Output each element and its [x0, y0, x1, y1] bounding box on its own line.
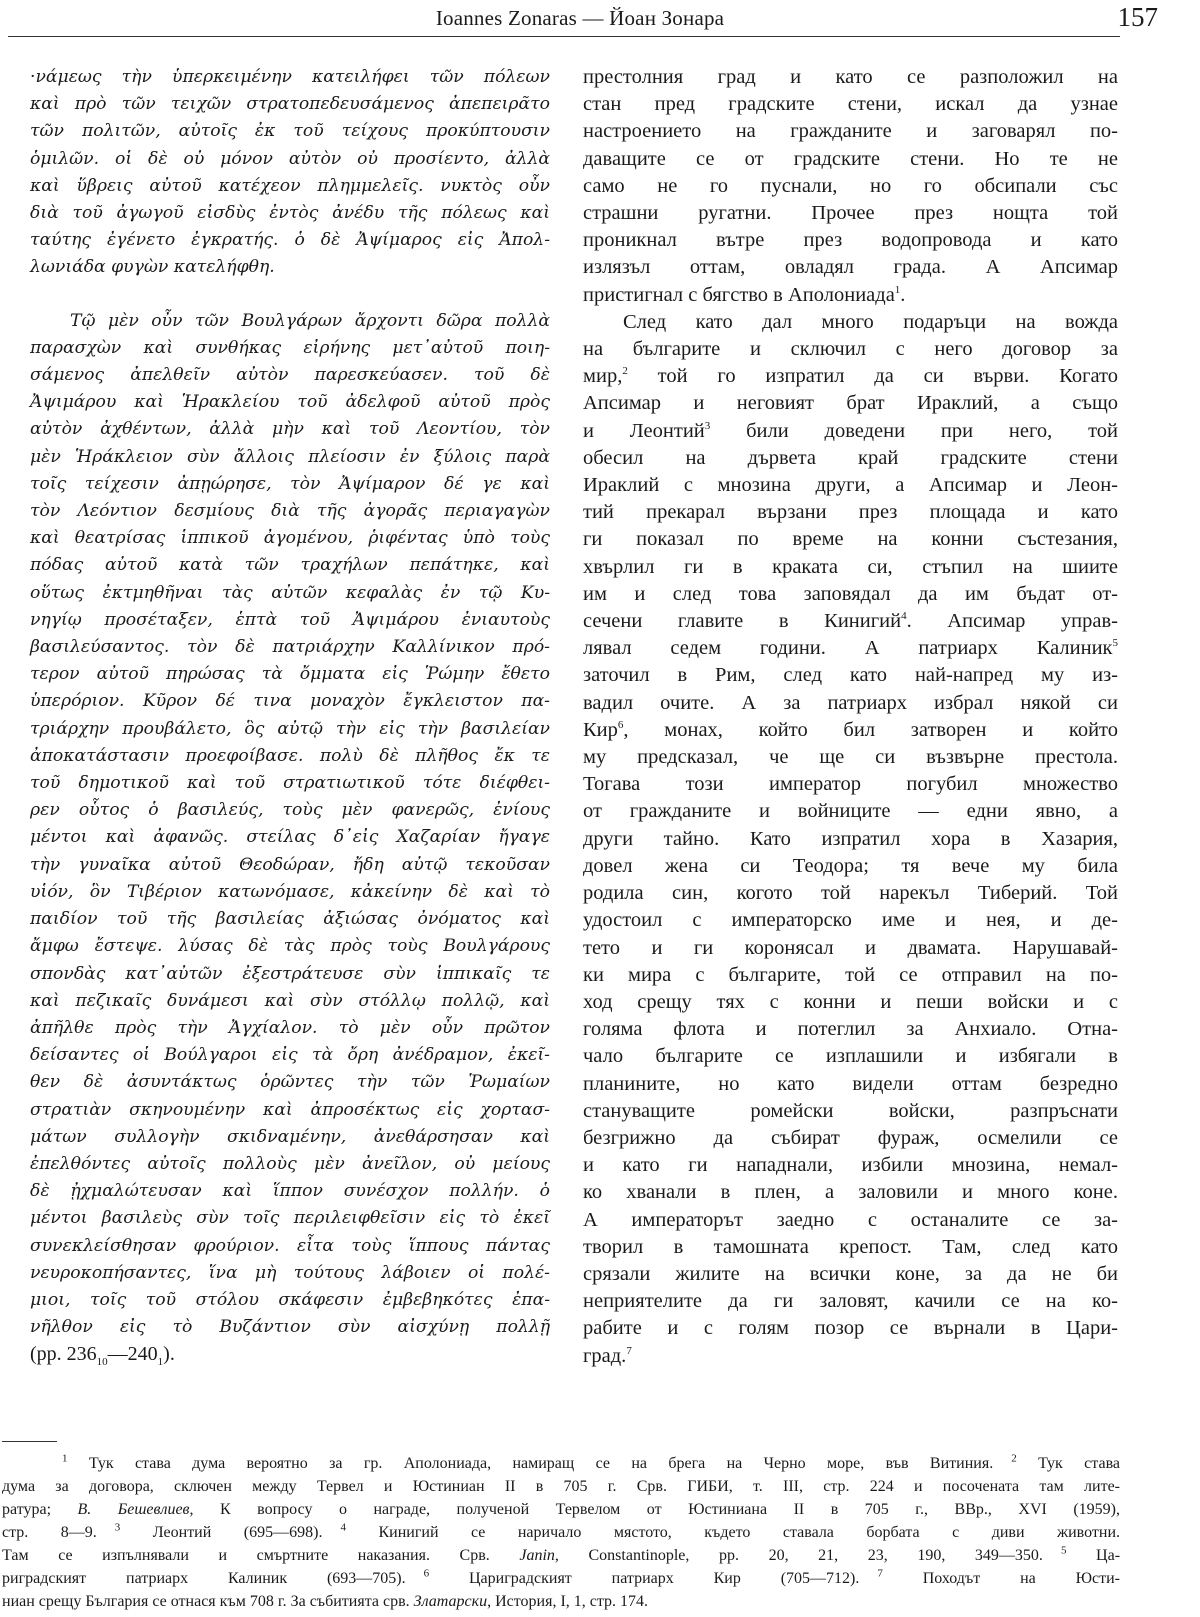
text-line: ρεν οὗτος ὁ βασιλεύς, τοὺς μὲν φανερῶς, …: [30, 797, 550, 824]
text-line: ὑπερόριον. Κῦρον δέ τινα μοναχὸν ἔγκλεισ…: [30, 688, 550, 715]
text-line: ἀπῆλθε πρὸς τὴν Ἀγχίαλον. τὸ μὲν οὖν πρῶ…: [30, 1015, 550, 1042]
text-line: λωνιάδα φυγὼν κατελήφθη.: [30, 254, 550, 281]
text-line: само не го пуснали, но го обсипали със: [583, 173, 1118, 200]
text-line: излязъл оттам, овладял града. А Апсимар: [583, 254, 1118, 281]
text-line: и Леонтий3 били доведени при него, той: [583, 418, 1118, 445]
text-line: τὴν γυναῖκα αὐτοῦ Θεοδώραν, ἤδη αὐτῷ τεκ…: [30, 852, 550, 879]
text-line: сечени главите в Кинигий4. Апсимар управ…: [583, 608, 1118, 635]
text-line: νῆλθον εἰς τὸ Βυζάντιον σὺν αἰσχύνῃ πολλ…: [30, 1314, 550, 1341]
footnote-line: дума за договора, сключен между Тервел и…: [2, 1475, 1120, 1498]
greek-paragraph-1: ·νάμεως τὴν ὑπερκειμένην κατειλήφει τῶν …: [30, 64, 550, 282]
text-line: настроението на гражданите и заговарял п…: [583, 118, 1118, 145]
text-line: ·νάμεως τὴν ὑπερκειμένην κατειλήφει τῶν …: [30, 64, 550, 91]
text-line: тий прекарал вързани през площада и като: [583, 499, 1118, 526]
text-line: голяма флота и потеглил за Анхиало. Отна…: [583, 1016, 1118, 1043]
text-line: τὸν Λεόντιον δεσμίους διὰ τῆς ἀγορᾶς περ…: [30, 498, 550, 525]
footnote-number-6: 6: [424, 1568, 430, 1580]
text-line: чало българите се изплашили и избягали в: [583, 1043, 1118, 1070]
text-line: стан пред градските стени, искал да узна…: [583, 91, 1118, 118]
footnote-line: Там се изпълнявали и смъртните наказания…: [2, 1544, 1120, 1567]
text-line: διὰ τοῦ ἀγωγοῦ εἰσδὺς ἐντὸς ἀνέδυ τῆς πό…: [30, 200, 550, 227]
greek-paragraph-2: Τῷ μὲν οὖν τῶν Βουλγάρων ἄρχοντι δῶρα πο…: [30, 308, 550, 1369]
footnote-number-1: 1: [62, 1453, 68, 1465]
text-line: заточил в Рим, след като най-напред му и…: [583, 662, 1118, 689]
text-line: на българите и сключил с него договор за: [583, 336, 1118, 363]
text-line: ὁμιλῶν. οἱ δὲ οὐ μόνον αὐτὸν οὐ προσίεντ…: [30, 146, 550, 173]
text-line: След като дал много подаръци на вожда: [583, 309, 1118, 336]
text-line: му предсказал, че ще си възвърне престол…: [583, 744, 1118, 771]
text-line: вадил очите. А за патриарх избрал някой …: [583, 690, 1118, 717]
text-line: даващите се от градските стени. Но те не: [583, 146, 1118, 173]
text-line: καὶ πεζικαῖς δυνάμεσι καὶ σὺν στόλλῳ πολ…: [30, 988, 550, 1015]
text-line: παρασχὼν καὶ συνθήκας εἰρήνης μετ᾽αὐτοῦ …: [30, 335, 550, 362]
footnotes: 1 Тук става дума вероятно за гр. Аполони…: [2, 1452, 1120, 1613]
footnote-line: риградският патриарх Калиник (693—705).6…: [2, 1567, 1120, 1590]
text-line: υἱόν, ὃν Τιβέριον κατωνόμασε, κἀκείνην δ…: [30, 879, 550, 906]
text-line: и като ги нападнали, избили мнозина, нем…: [583, 1152, 1118, 1179]
footnote-ref-7[interactable]: 7: [626, 1345, 632, 1357]
text-line: ἀποκατάστασιν προεφοίβασε. πολὺ δὲ πλῆθο…: [30, 743, 550, 770]
text-line: пристигнал с бягство в Аполониада1.: [583, 282, 1118, 309]
text-line: μιοι, τοῖς τοῦ στόλου σκάφεσιν ἐμβεβηκότ…: [30, 1287, 550, 1314]
text-line: стануващите ромейски войски, разпръснати: [583, 1098, 1118, 1125]
text-line: ταύτης ἐγένετο ἐγκρατής. ὁ δὲ Ἀψίμαρος ε…: [30, 227, 550, 254]
text-line: τριάρχην προυβάλετο, ὃς αὐτῷ τὴν εἰς τὴν…: [30, 716, 550, 743]
text-line: Тогава този император погубил множество: [583, 771, 1118, 798]
text-line: планините, но като видели оттам безредно: [583, 1071, 1118, 1098]
footnote-1: Тук става дума вероятно за гр. Аполониад…: [89, 1455, 993, 1472]
text-line: συνεκλείσθησαν φρούριον. εἶτα τοὺς ἵππου…: [30, 1233, 550, 1260]
text-line: σπονδὰς κατ᾽αὐτῶν ἐξεστράτευσε σὺν ἱππικ…: [30, 961, 550, 988]
text-line: творил в тамошната крепост. Там, след ка…: [583, 1234, 1118, 1261]
footnote-number-7: 7: [877, 1568, 883, 1580]
footnote-line: 1 Тук става дума вероятно за гр. Аполони…: [2, 1452, 1120, 1475]
running-title: Ioannes Zonaras — Йоан Зонара: [0, 6, 1160, 31]
text-line: тето и ги коронясал и двамата. Нарушавай…: [583, 935, 1118, 962]
text-line: παιδίον τοῦ τῆς βασιλείας ἀξιώσας ὀνόματ…: [30, 906, 550, 933]
text-line: родила син, когото той нарекъл Тиберий. …: [583, 880, 1118, 907]
text-line: от гражданите и войниците — едни явно, а: [583, 798, 1118, 825]
text-line: Кир6, монах, който бил затворен и който: [583, 717, 1118, 744]
text-line: δὲ ᾐχμαλώτευσαν καὶ ἵππον συνέσχον πολλή…: [30, 1178, 550, 1205]
text-line: мир,2 той го изпратил да си върви. Когат…: [583, 363, 1118, 390]
footnote-number-4: 4: [340, 1522, 346, 1534]
text-line: проникнал вътре през водопровода и като: [583, 227, 1118, 254]
header-rule: [8, 36, 1120, 37]
text-line: рабите и с голям позор се върнали в Цари…: [583, 1315, 1118, 1342]
text-line: А императорът заедно с останалите се за-: [583, 1207, 1118, 1234]
text-line: νευροκοπήσαντες, ἵνα μὴ τούτους λάβοιεν …: [30, 1260, 550, 1287]
footnote-5: риградският патриарх Калиник (693—705).: [2, 1570, 406, 1587]
text-line: удостоил с императорско име и нея, и де-: [583, 907, 1118, 934]
text-line: βασιλεύσαντος. τὸν δὲ πατριάρχην Καλλίνι…: [30, 634, 550, 661]
text-line: καὶ ὕβρεις αὐτοῦ κατέχεον πλημμελεῖς. νυ…: [30, 173, 550, 200]
text-line: ко хванали в плен, а заловили и много ко…: [583, 1179, 1118, 1206]
footnote-3: Леонтий (695—698).: [153, 1524, 323, 1541]
text-line: Апсимар и неговият брат Ираклий, а също: [583, 390, 1118, 417]
page-header: Ioannes Zonaras — Йоан Зонара 157: [0, 0, 1200, 44]
text-line: ἐπελθόντες αὐτοῖς πολλοὺς μὲν ἀνεῖλον, ο…: [30, 1151, 550, 1178]
text-line: μὲν Ἡράκλειον σὺν ἄλλοις πλείοσιν ἐν ξύλ…: [30, 444, 550, 471]
text-line: μέντοι καὶ ἀφανῶς. στείλας δ᾽εἰς Χαζαρία…: [30, 824, 550, 851]
text-line: τοῦ δημοτικοῦ καὶ τοῦ στρατιωτικοῦ τότε …: [30, 770, 550, 797]
text-line: οὕτως ἐκτμηθῆναι τὰς αὐτῶν κεφαλὰς ἐν τῷ…: [30, 580, 550, 607]
page-number: 157: [1118, 2, 1159, 33]
text-line: обесил на дървета край градските стени: [583, 445, 1118, 472]
text-line: μάτων συλλογὴν σκιδναμένην, ἀνεθάρσησαν …: [30, 1124, 550, 1151]
text-line: ки мира с българите, той се отправил на …: [583, 962, 1118, 989]
text-line: безгрижно да събират фураж, осмелили се: [583, 1125, 1118, 1152]
text-line: други тайно. Като изпратил хора в Хазари…: [583, 826, 1118, 853]
footnote-rule: [2, 1441, 57, 1442]
text-line: ἄμφω ἔστεψε. λύσας δὲ τὰς πρὸς τοὺς Βουλ…: [30, 933, 550, 960]
text-line: σάμενος ἀπελθεῖν αὐτὸν παρεσκεύασεν. τοῦ…: [30, 362, 550, 389]
text-line: страшни ругатни. Прочее през нощта той: [583, 200, 1118, 227]
text-line: престолния град и като се разположил на: [583, 64, 1118, 91]
text-line: ги показал по време на конни състезания,: [583, 526, 1118, 553]
text-line: μέντοι βασιλεὺς σὺν τοῖς περιλειφθεῖσιν …: [30, 1205, 550, 1232]
text-line: град.7: [583, 1343, 1118, 1370]
footnote-4: Кинигий се наричало мястото, където став…: [378, 1524, 1120, 1541]
footnote-7: ниан срещу България се отнася към 708 г.…: [2, 1593, 414, 1610]
footnote-line: стр. 8—9.3 Леонтий (695—698).4 Кинигий с…: [2, 1521, 1120, 1544]
text-line: Τῷ μὲν οὖν τῶν Βουλγάρων ἄρχοντι δῶρα πο…: [30, 308, 550, 335]
bulgarian-paragraph-1: престолния град и като се разположил на …: [583, 64, 1118, 309]
cited-author: Janin: [519, 1547, 555, 1564]
text-line: ход срещу тях с конни и пеши войски и с: [583, 989, 1118, 1016]
text-line: неприятелите да ги заловят, качили се на…: [583, 1288, 1118, 1315]
footnote-6: Цариградският патриарх Кир (705—712).: [469, 1570, 859, 1587]
source-reference: (pp. 23610—2401).: [30, 1341, 550, 1368]
text-line: θεν δὲ ἀσυντάκτως ὁρῶντες τὴν τῶν Ῥωμαίω…: [30, 1069, 550, 1096]
text-line: срязали жилите на всички коне, за да не …: [583, 1261, 1118, 1288]
text-line: им и след това заповядал да им бъдат от-: [583, 581, 1118, 608]
text-line: νηγίῳ προσέταξεν, ἑπτὰ τοῦ Ἀψιμάρου ἐνια…: [30, 607, 550, 634]
text-line: Ἀψιμάρου καὶ Ἡρακλείου τοῦ ἀδελφοῦ αὐτοῦ…: [30, 389, 550, 416]
text-line: τοῖς τείχεσιν ἀπῃώρησε, τὸν Ἀψίμαρον δέ …: [30, 471, 550, 498]
text-line: довел жена си Теодора; тя вече му била: [583, 853, 1118, 880]
text-line: τῶν πολιτῶν, αὐτοῖς ἐκ τοῦ τείχους προκύ…: [30, 118, 550, 145]
text-line: καὶ θεατρίσας ἱππικοῦ ἀγομένου, ῥιφέντας…: [30, 525, 550, 552]
greek-column: ·νάμεως τὴν ὑπερκειμένην κατειλήφει τῶν …: [30, 64, 550, 1369]
bulgarian-column: престолния град и като се разположил на …: [583, 64, 1118, 1370]
text-line: Ираклий с мнозина други, а Апсимар и Лео…: [583, 472, 1118, 499]
footnote-ref-5[interactable]: 5: [1113, 637, 1119, 649]
text-line: τερον αὐτοῦ πηρώσας τὰ ὄμματα εἰς Ῥώμην …: [30, 661, 550, 688]
cited-author: В. Бешевлиев: [78, 1501, 190, 1518]
text-line: καὶ πρὸ τῶν τειχῶν στρατοπεδευσάμενος ἀπ…: [30, 91, 550, 118]
cited-author: Златарски: [414, 1593, 487, 1610]
text-line: хвърлил ги в краката си, стъпил на шиите: [583, 554, 1118, 581]
bulgarian-paragraph-2: След като дал много подаръци на вожда на…: [583, 309, 1118, 1370]
footnote-line: ратура; В. Бешевлиев, К вопросу о наград…: [2, 1498, 1120, 1521]
text-line: πόδας αὐτοῦ κατὰ τῶν τραχήλων πεπάτηκε, …: [30, 552, 550, 579]
text-line: лявал седем години. А патриарх Калиник5: [583, 635, 1118, 662]
footnote-number-3: 3: [115, 1522, 121, 1534]
text-line: δείσαντες οἱ Βούλγαροι εἰς τὰ ὄρη ἀνέδρα…: [30, 1042, 550, 1069]
text-line: στρατιὰν σκηνουμένην καὶ ἀπροσέκτως εἰς …: [30, 1097, 550, 1124]
text-line: αὐτὸν ἀχθέντων, ἀλλὰ μὴν καὶ τοῦ Λεοντίο…: [30, 416, 550, 443]
footnote-number-2: 2: [1011, 1453, 1017, 1465]
footnote-line: ниан срещу България се отнася към 708 г.…: [2, 1590, 1120, 1613]
footnote-number-5: 5: [1061, 1545, 1067, 1557]
